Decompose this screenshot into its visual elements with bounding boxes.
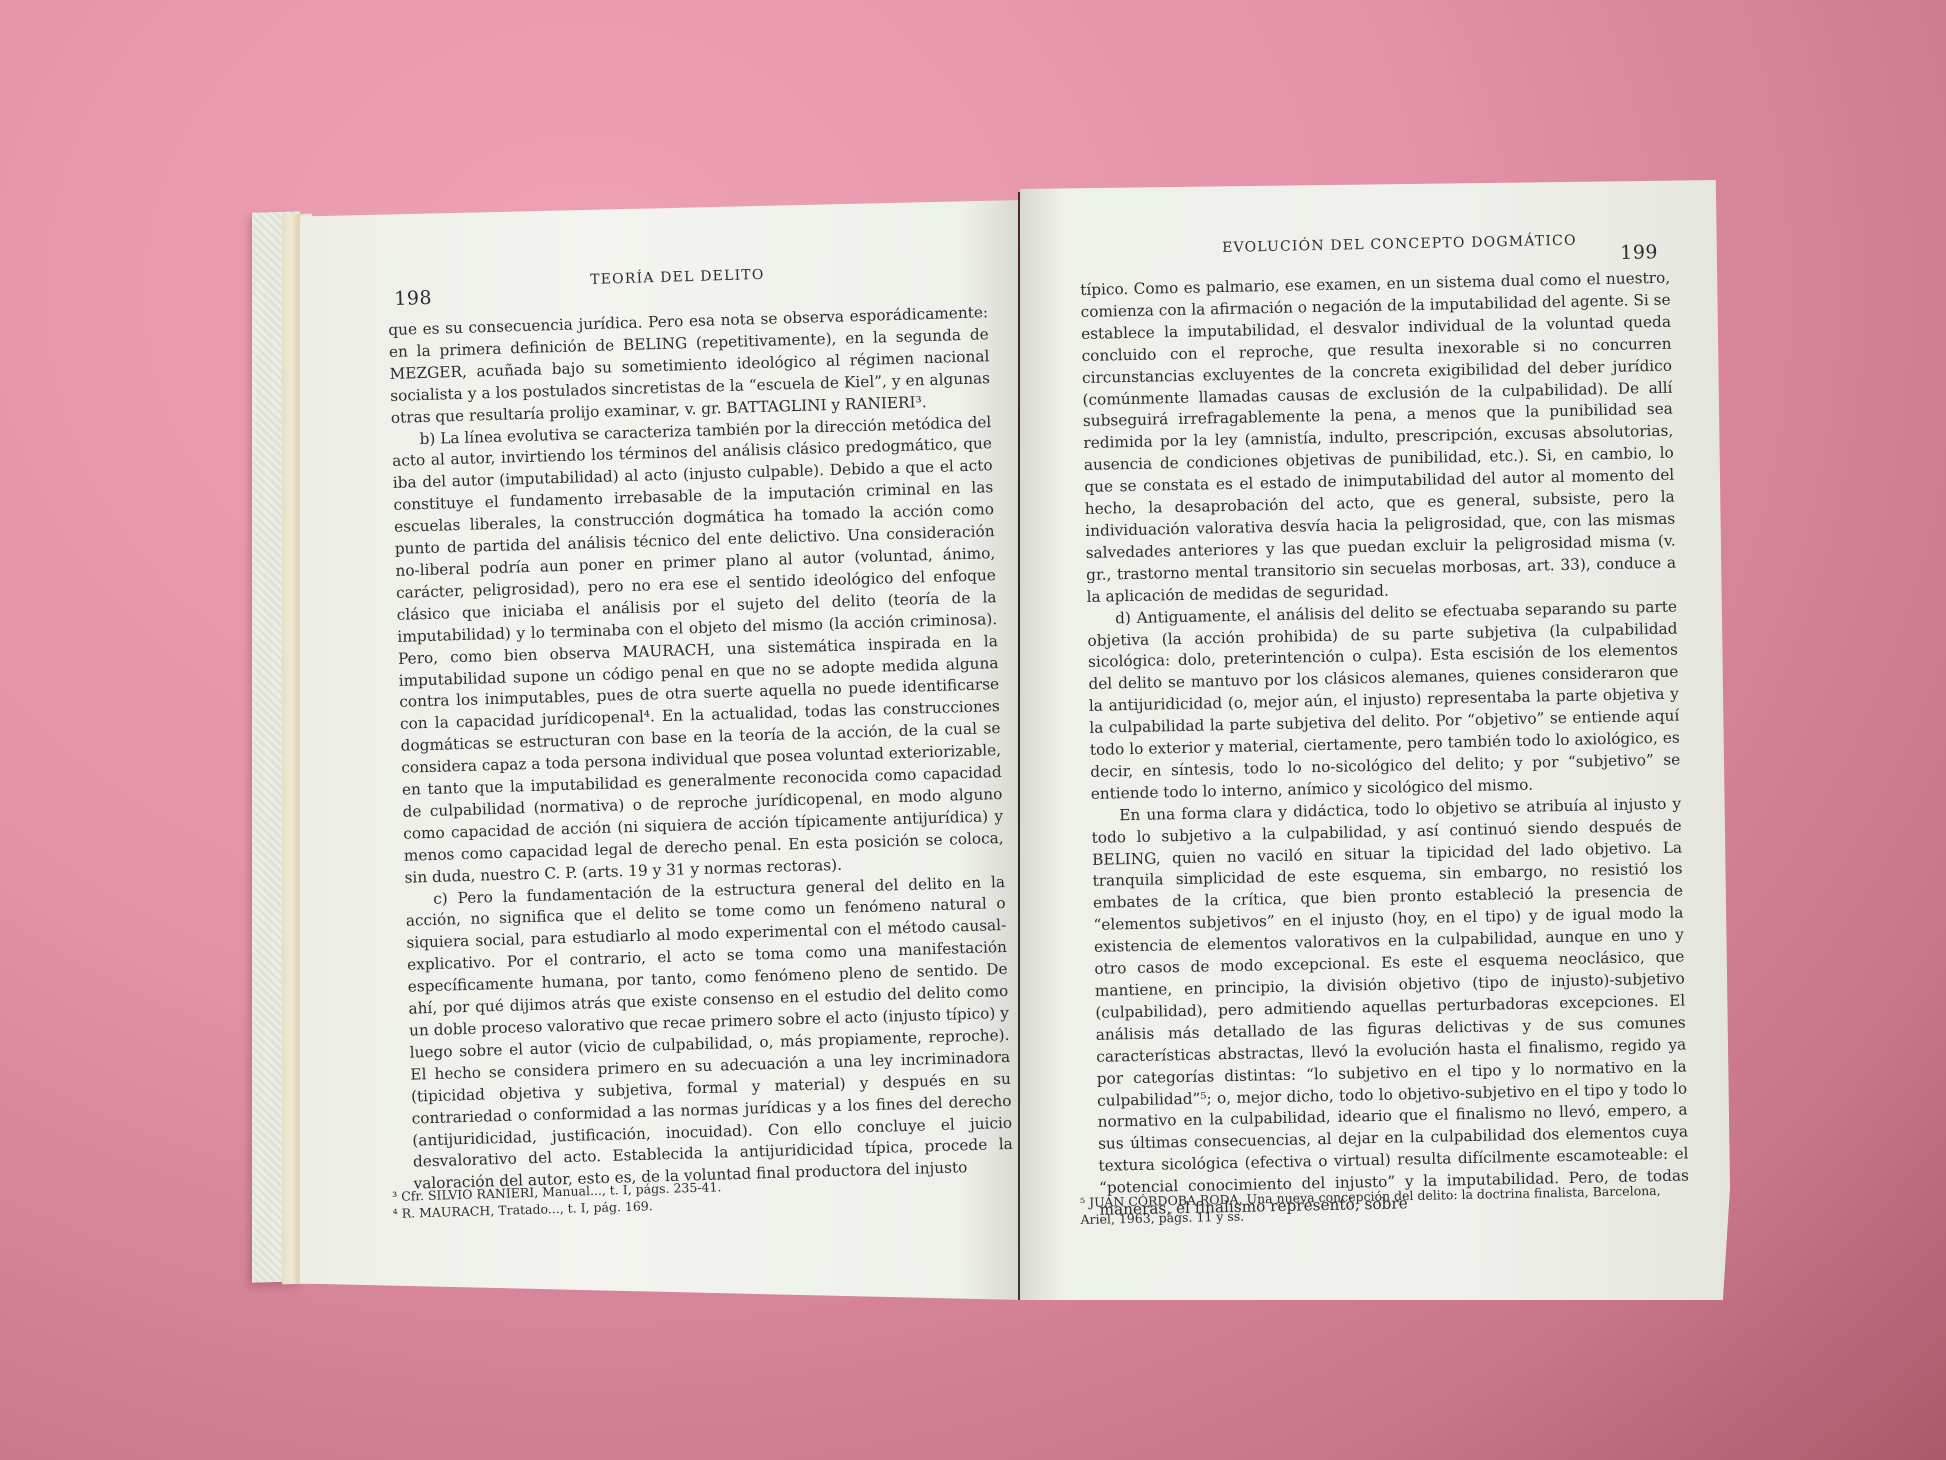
paragraph: En una forma clara y didáctica, todo lo … xyxy=(1091,793,1690,1221)
left-page: 198 TEORÍA DEL DELITO que es su consecue… xyxy=(300,200,1020,1300)
paragraph: b) La línea evolutiva se caracteriza tam… xyxy=(391,412,1004,890)
running-head: EVOLUCIÓN DEL CONCEPTO DOGMÁTICO xyxy=(1222,233,1577,256)
body-text: que es su consecuencia jurídica. Pero es… xyxy=(388,302,1014,1196)
paragraph: típico. Como es palmario, ese examen, en… xyxy=(1080,268,1677,609)
open-book: 198 TEORÍA DEL DELITO que es su consecue… xyxy=(0,0,1946,1460)
paragraph: c) Pero la fundamentación de la estructu… xyxy=(405,872,1014,1196)
right-page: EVOLUCIÓN DEL CONCEPTO DOGMÁTICO 199 típ… xyxy=(1020,180,1730,1300)
body-text: típico. Como es palmario, ese examen, en… xyxy=(1080,268,1690,1222)
page-number: 199 xyxy=(1620,241,1658,264)
paragraph: que es su consecuencia jurídica. Pero es… xyxy=(388,302,991,429)
paragraph: d) Antiguamente, el análisis del delito … xyxy=(1087,596,1681,805)
page-number: 198 xyxy=(394,287,432,310)
running-head: TEORÍA DEL DELITO xyxy=(590,267,765,288)
